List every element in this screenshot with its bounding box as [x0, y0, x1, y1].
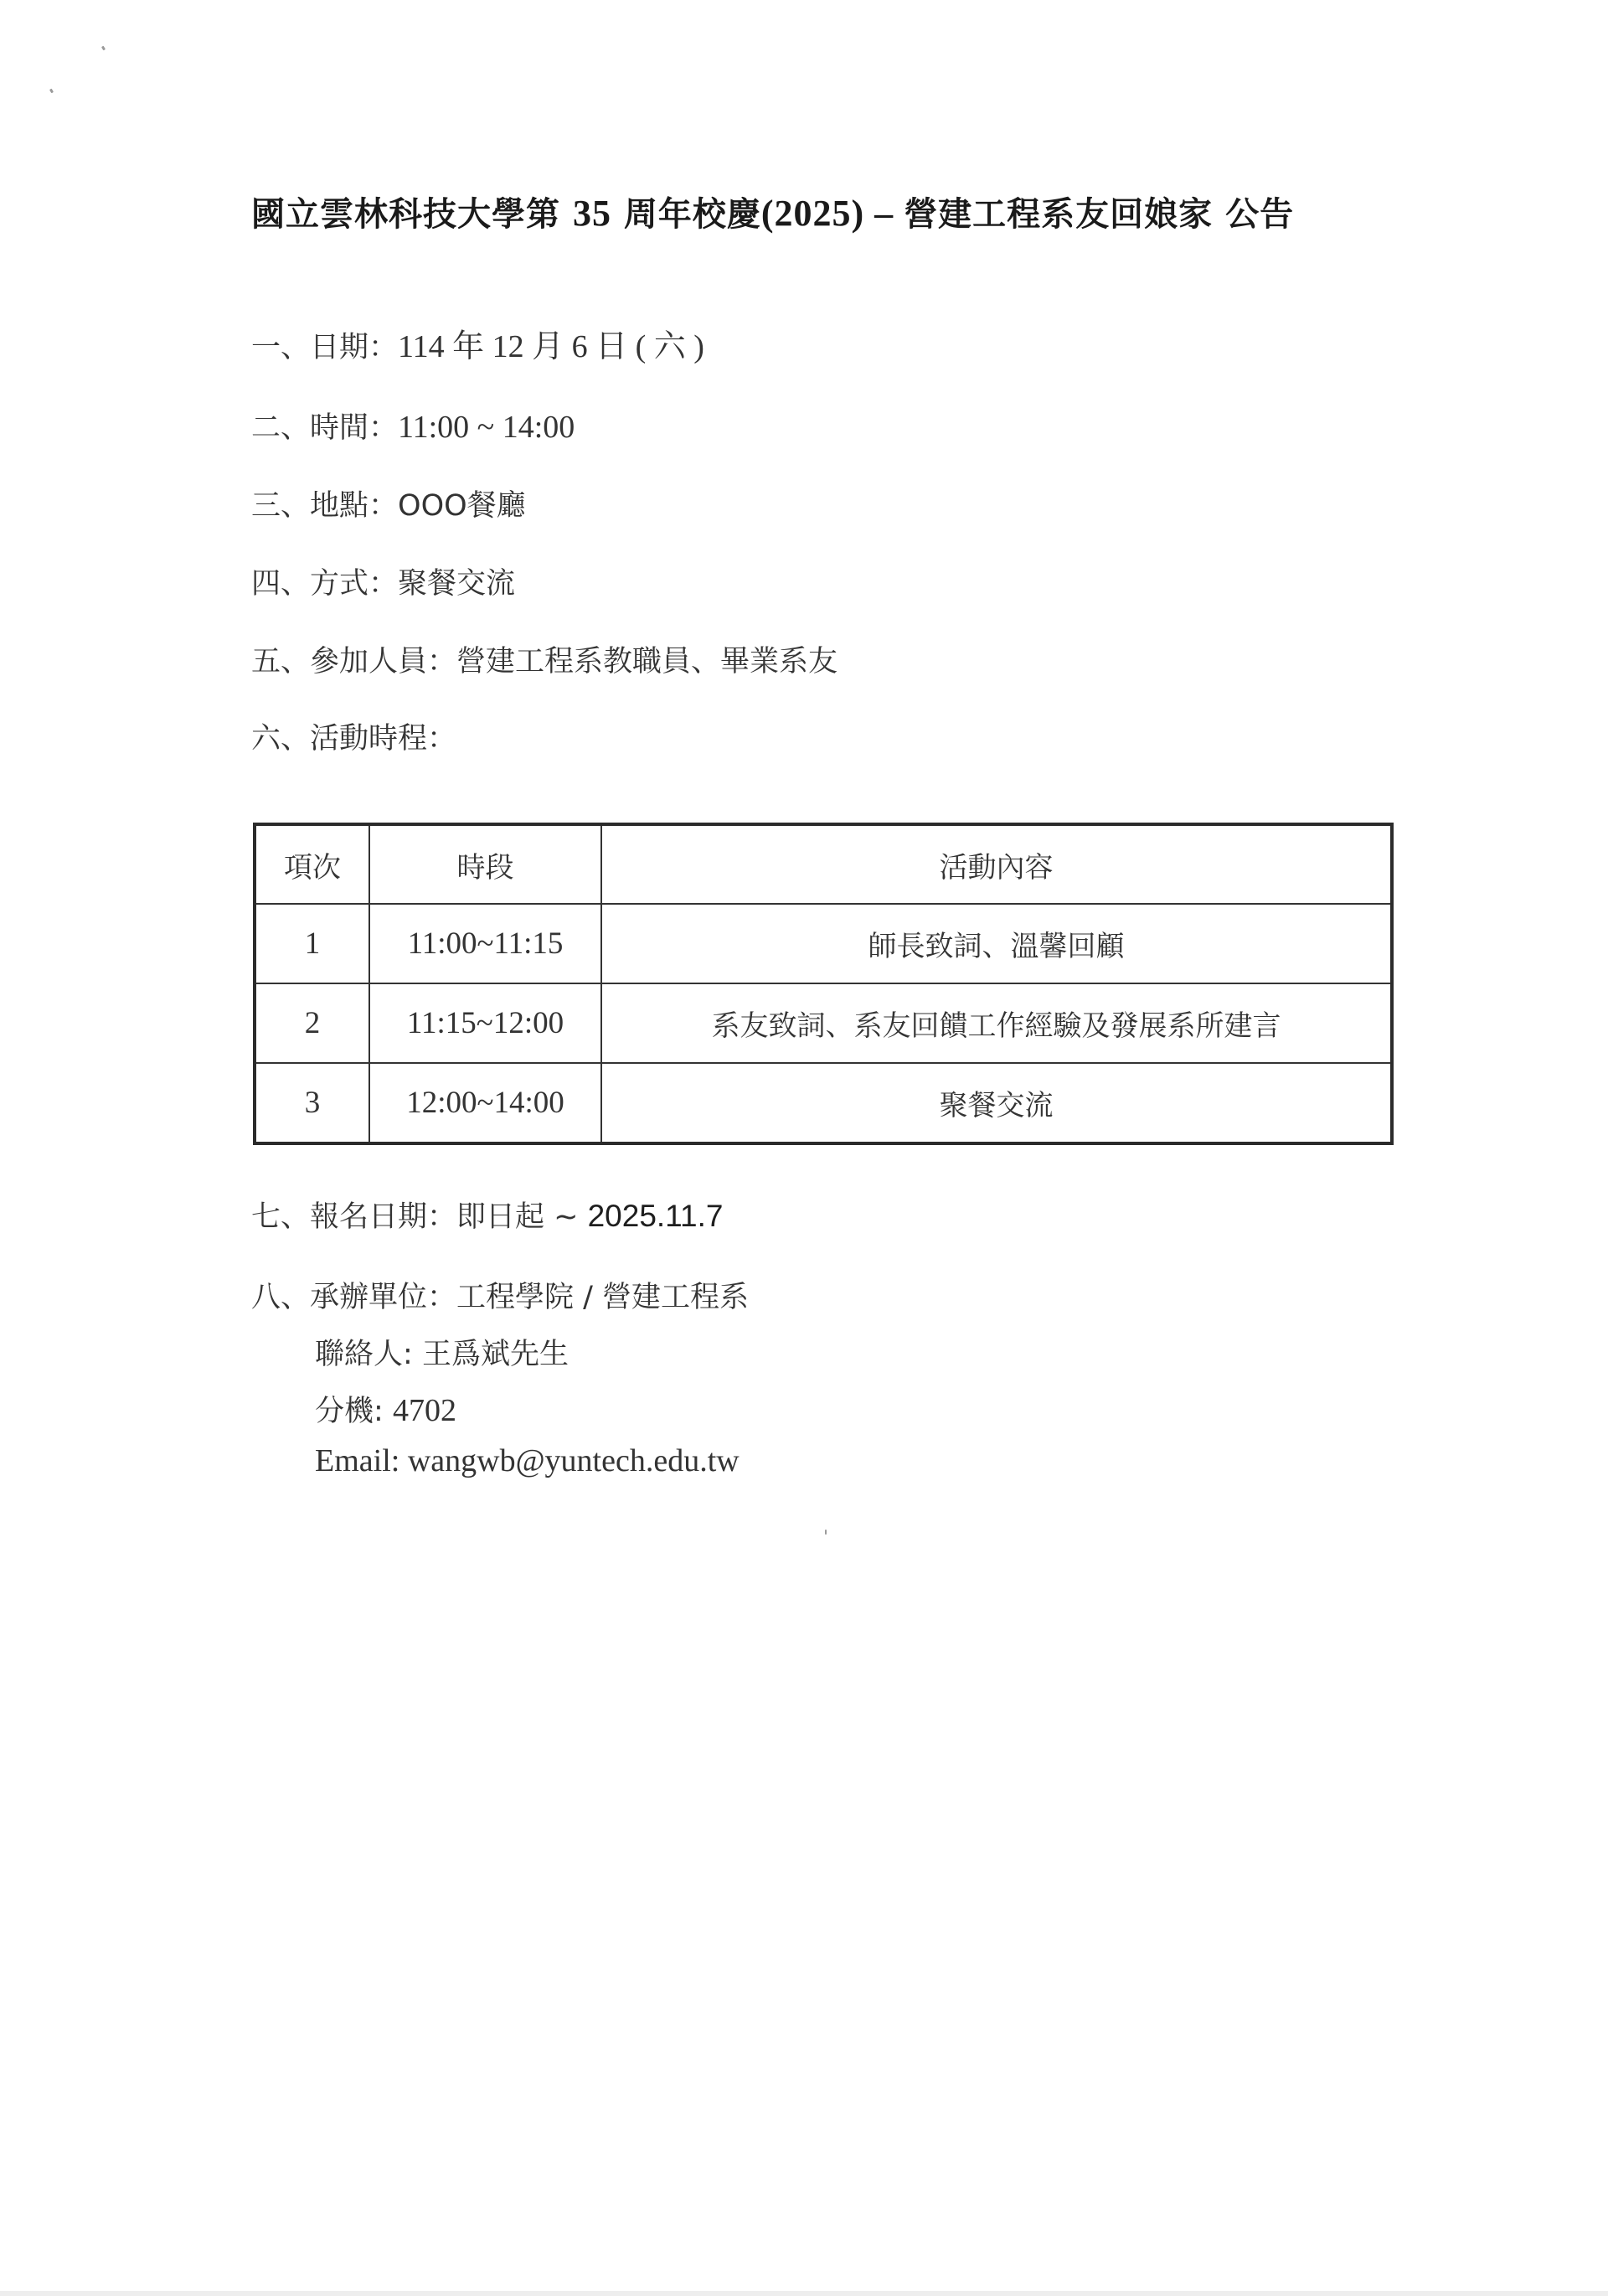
item-label: 一、日期： [251, 331, 398, 364]
item-value: OOO餐廳 [398, 489, 526, 523]
scan-speck [825, 1530, 827, 1535]
contact-person-label: 聯絡人: [315, 1338, 413, 1371]
table-row: 1 11:00~11:15 師長致詞、溫馨回顧 [255, 904, 1392, 983]
item-time: 二、時間：11:00 ~ 14:00 [251, 407, 575, 448]
item-format: 四、方式：聚餐交流 [251, 564, 515, 604]
header-time-slot: 時段 [369, 824, 601, 904]
cell-item-no: 1 [255, 904, 369, 983]
item-value: 聚餐交流 [398, 567, 515, 601]
schedule-table: 項次 時段 活動內容 1 11:00~11:15 師長致詞、溫馨回顧 2 11:… [253, 823, 1394, 1145]
item-label: 三、地點： [251, 489, 398, 523]
contact-person-name: 王爲斌先生 [422, 1338, 569, 1371]
registration-deadline: 2025.11.7 [588, 1199, 724, 1233]
header-item-no: 項次 [255, 824, 369, 904]
item-label: 五、參加人員： [251, 645, 456, 678]
cell-item-no: 2 [255, 983, 369, 1063]
item-value: 工程學院 / 營建工程系 [456, 1281, 749, 1314]
scanned-document-page: 國立雲林科技大學第 35 周年校慶(2025) – 營建工程系友回娘家 公告 一… [0, 0, 1608, 2296]
contact-email-address[interactable]: wangwb@yuntech.edu.tw [408, 1443, 740, 1478]
title-anniversary-number: 35 [573, 193, 611, 234]
cell-time-slot: 12:00~14:00 [369, 1063, 601, 1143]
title-suffix: 營建工程系友回娘家 公告 [904, 195, 1294, 234]
item-value-prefix: 即日起 ~ [456, 1200, 588, 1234]
contact-extension: 分機: 4702 [315, 1390, 456, 1432]
item-value: 11:00 ~ 14:00 [398, 410, 575, 445]
contact-extension-number: 4702 [393, 1393, 456, 1428]
page-edge [0, 2291, 1608, 2296]
contact-extension-label: 分機: [315, 1395, 384, 1428]
title-prefix: 國立雲林科技大學第 [251, 195, 573, 234]
scan-speck [49, 89, 54, 94]
cell-time-slot: 11:00~11:15 [369, 904, 601, 983]
item-label: 二、時間： [251, 411, 398, 445]
cell-time-slot: 11:15~12:00 [369, 983, 601, 1063]
cell-activity: 聚餐交流 [601, 1063, 1392, 1143]
scan-speck [101, 46, 106, 51]
cell-activity: 師長致詞、溫馨回顧 [601, 904, 1392, 983]
table-header-row: 項次 時段 活動內容 [255, 824, 1392, 904]
header-activity: 活動內容 [601, 824, 1392, 904]
item-label: 四、方式： [251, 567, 398, 601]
item-label: 八、承辦單位： [251, 1281, 456, 1314]
document-title: 國立雲林科技大學第 35 周年校慶(2025) – 營建工程系友回娘家 公告 [251, 191, 1407, 237]
item-date: 一、日期：114 年 12 月 6 日 ( 六 ) [251, 327, 704, 368]
contact-email: Email: wangwb@yuntech.edu.tw [315, 1441, 740, 1481]
title-year: (2025) – [761, 193, 904, 234]
item-schedule-heading: 六、活動時程： [251, 719, 456, 759]
item-value: 營建工程系教職員、畢業系友 [456, 645, 837, 678]
contact-email-label: Email: [315, 1443, 399, 1478]
item-label: 七、報名日期： [251, 1200, 456, 1234]
item-registration-date: 七、報名日期：即日起 ~ 2025.11.7 [251, 1196, 723, 1237]
cell-item-no: 3 [255, 1063, 369, 1143]
item-participants: 五、參加人員：營建工程系教職員、畢業系友 [251, 642, 837, 682]
title-middle: 周年校慶 [611, 195, 761, 234]
item-organizer: 八、承辦單位：工程學院 / 營建工程系 [251, 1277, 749, 1318]
table-row: 2 11:15~12:00 系友致詞、系友回饋工作經驗及發展系所建言 [255, 983, 1392, 1063]
cell-activity: 系友致詞、系友回饋工作經驗及發展系所建言 [601, 983, 1392, 1063]
contact-person: 聯絡人: 王爲斌先生 [315, 1334, 569, 1375]
item-label: 六、活動時程： [251, 722, 456, 756]
item-value: 114 年 12 月 6 日 ( 六 ) [398, 329, 704, 364]
item-location: 三、地點：OOO餐廳 [251, 486, 526, 526]
table-row: 3 12:00~14:00 聚餐交流 [255, 1063, 1392, 1143]
